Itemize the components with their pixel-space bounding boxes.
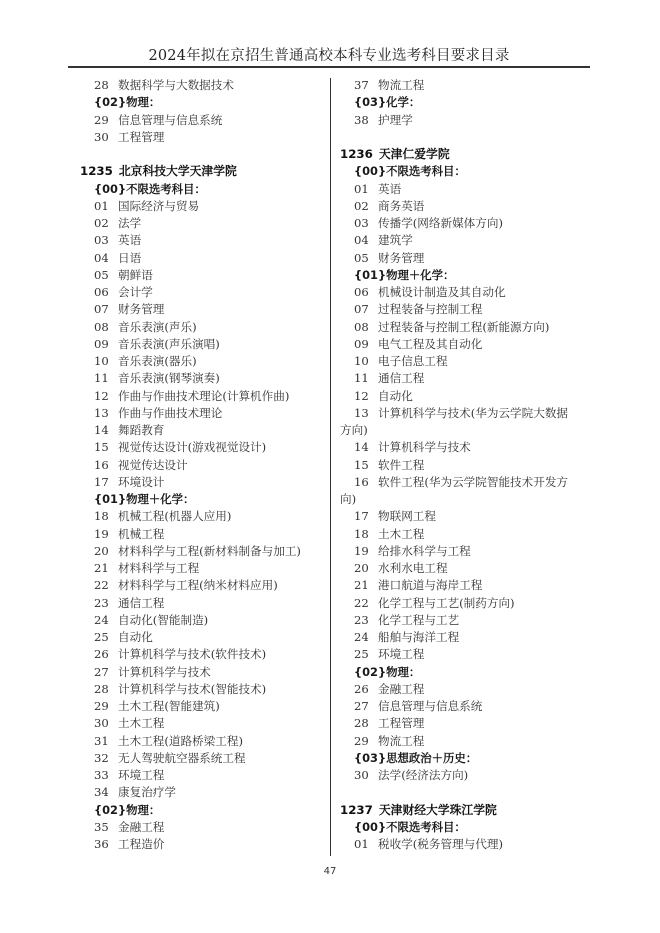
major-number: 21 bbox=[94, 560, 112, 577]
major-name: 国际经济与贸易 bbox=[118, 199, 199, 213]
major-name: 化学工程与工艺 bbox=[378, 613, 459, 627]
major-name: 法学 bbox=[118, 216, 141, 230]
major-item: 22化学工程与工艺(制药方向) bbox=[340, 595, 580, 612]
major-number: 06 bbox=[354, 284, 372, 301]
major-number: 18 bbox=[94, 508, 112, 525]
major-number: 26 bbox=[94, 646, 112, 663]
major-number: 32 bbox=[94, 750, 112, 767]
major-item: 05朝鲜语 bbox=[80, 267, 325, 284]
major-item: 17物联网工程 bbox=[340, 508, 580, 525]
subject-group-heading: {01}物理＋化学： bbox=[340, 267, 580, 284]
major-item: 19给排水科学与工程 bbox=[340, 543, 580, 560]
major-name: 信息管理与信息系统 bbox=[118, 113, 222, 127]
major-name: 自动化 bbox=[378, 389, 413, 403]
major-name: 日语 bbox=[118, 251, 141, 265]
major-item: 02法学 bbox=[80, 215, 325, 232]
major-item: 24船舶与海洋工程 bbox=[340, 629, 580, 646]
major-name: 康复治疗学 bbox=[118, 785, 176, 799]
major-number: 11 bbox=[354, 370, 372, 387]
subject-group-heading: {02}物理： bbox=[80, 802, 325, 819]
major-number: 08 bbox=[94, 319, 112, 336]
major-number: 16 bbox=[354, 474, 372, 491]
major-number: 23 bbox=[94, 595, 112, 612]
major-number: 38 bbox=[354, 112, 372, 129]
major-item: 27计算机科学与技术 bbox=[80, 664, 325, 681]
major-item: 04日语 bbox=[80, 250, 325, 267]
school-heading-1236: 1236天津仁爱学院 bbox=[340, 146, 580, 163]
subject-group-heading: {03}思想政治＋历史： bbox=[340, 750, 580, 767]
major-item: 14计算机科学与技术 bbox=[340, 439, 580, 456]
major-name: 机械工程 bbox=[118, 527, 164, 541]
major-name: 软件工程(华为云学院智能技术开发方 bbox=[378, 475, 568, 489]
major-number: 13 bbox=[354, 405, 372, 422]
major-item: 18机械工程(机器人应用) bbox=[80, 508, 325, 525]
major-item: 24自动化(智能制造) bbox=[80, 612, 325, 629]
major-item: 13作曲与作曲技术理论 bbox=[80, 405, 325, 422]
major-name: 税收学(税务管理与代理) bbox=[378, 837, 503, 851]
major-name: 土木工程 bbox=[118, 716, 164, 730]
major-number: 30 bbox=[94, 129, 112, 146]
major-name: 计算机科学与技术 bbox=[118, 665, 211, 679]
major-item: 18土木工程 bbox=[340, 526, 580, 543]
major-number: 28 bbox=[94, 77, 112, 94]
major-name: 化学工程与工艺(制药方向) bbox=[378, 596, 515, 610]
major-number: 29 bbox=[354, 733, 372, 750]
subject-group-heading: {00}不限选考科目： bbox=[340, 819, 580, 836]
major-item: 38护理学 bbox=[340, 112, 580, 129]
major-name: 物联网工程 bbox=[378, 509, 436, 523]
major-name: 土木工程(道路桥梁工程) bbox=[118, 734, 243, 748]
major-number: 27 bbox=[94, 664, 112, 681]
major-number: 09 bbox=[94, 336, 112, 353]
major-name: 工程管理 bbox=[118, 130, 164, 144]
major-item: 15软件工程 bbox=[340, 457, 580, 474]
major-number: 12 bbox=[354, 388, 372, 405]
major-item: 26计算机科学与技术(软件技术) bbox=[80, 646, 325, 663]
major-item: 37物流工程 bbox=[340, 77, 580, 94]
major-item: 11音乐表演(钢琴演奏) bbox=[80, 370, 325, 387]
major-item: 09音乐表演(声乐演唱) bbox=[80, 336, 325, 353]
major-name: 英语 bbox=[118, 233, 141, 247]
major-number: 33 bbox=[94, 767, 112, 784]
major-name: 计算机科学与技术(软件技术) bbox=[118, 647, 266, 661]
major-number: 01 bbox=[354, 181, 372, 198]
major-name: 传播学(网络新媒体方向) bbox=[378, 216, 503, 230]
major-name: 英语 bbox=[378, 182, 401, 196]
major-number: 27 bbox=[354, 698, 372, 715]
major-name: 自动化(智能制造) bbox=[118, 613, 208, 627]
major-item: 10音乐表演(器乐) bbox=[80, 353, 325, 370]
major-number: 10 bbox=[354, 353, 372, 370]
major-name: 通信工程 bbox=[378, 371, 424, 385]
major-number: 12 bbox=[94, 388, 112, 405]
major-name: 环境工程 bbox=[118, 768, 164, 782]
major-item: 01国际经济与贸易 bbox=[80, 198, 325, 215]
major-name: 物流工程 bbox=[378, 78, 424, 92]
major-number: 22 bbox=[94, 577, 112, 594]
major-item: 26金融工程 bbox=[340, 681, 580, 698]
major-number: 24 bbox=[354, 629, 372, 646]
major-name: 环境设计 bbox=[118, 475, 164, 489]
school-heading-1237: 1237天津财经大学珠江学院 bbox=[340, 802, 580, 819]
major-item: 23通信工程 bbox=[80, 595, 325, 612]
major-item: 01税收学(税务管理与代理) bbox=[340, 836, 580, 853]
major-number: 28 bbox=[94, 681, 112, 698]
major-name: 给排水科学与工程 bbox=[378, 544, 471, 558]
major-item: 30土木工程 bbox=[80, 715, 325, 732]
major-item: 07财务管理 bbox=[80, 301, 325, 318]
major-item: 01英语 bbox=[340, 181, 580, 198]
major-name: 护理学 bbox=[378, 113, 413, 127]
major-number: 20 bbox=[94, 543, 112, 560]
subject-group-heading: {01}物理＋化学： bbox=[80, 491, 325, 508]
major-name: 信息管理与信息系统 bbox=[378, 699, 482, 713]
major-item: 08过程装备与控制工程(新能源方向) bbox=[340, 319, 580, 336]
major-name: 法学(经济法方向) bbox=[378, 768, 468, 782]
major-item: 11通信工程 bbox=[340, 370, 580, 387]
major-number: 06 bbox=[94, 284, 112, 301]
major-item: 15视觉传达设计(游戏视觉设计) bbox=[80, 439, 325, 456]
right-column: 37物流工程 {03}化学： 38护理学 1236天津仁爱学院 {00}不限选考… bbox=[340, 77, 580, 853]
major-number: 20 bbox=[354, 560, 372, 577]
major-item: 31土木工程(道路桥梁工程) bbox=[80, 733, 325, 750]
major-item-wrapped: 13计算机科学与技术(华为云学院大数据 方向) bbox=[340, 405, 580, 440]
major-item: 16视觉传达设计 bbox=[80, 457, 325, 474]
major-item: 21港口航道与海岸工程 bbox=[340, 577, 580, 594]
major-item: 33环境工程 bbox=[80, 767, 325, 784]
school-name: 天津财经大学珠江学院 bbox=[379, 803, 497, 817]
major-item: 06机械设计制造及其自动化 bbox=[340, 284, 580, 301]
major-number: 04 bbox=[354, 232, 372, 249]
major-item: 20水利水电工程 bbox=[340, 560, 580, 577]
spacer bbox=[340, 129, 580, 146]
major-item: 28数据科学与大数据技术 bbox=[80, 77, 325, 94]
major-number: 05 bbox=[94, 267, 112, 284]
major-name: 土木工程(智能建筑) bbox=[118, 699, 220, 713]
school-name: 北京科技大学天津学院 bbox=[119, 164, 237, 178]
major-name: 电气工程及其自动化 bbox=[378, 337, 482, 351]
major-number: 02 bbox=[94, 215, 112, 232]
left-column: 28数据科学与大数据技术 {02}物理： 29信息管理与信息系统30工程管理 1… bbox=[80, 77, 325, 853]
major-name: 通信工程 bbox=[118, 596, 164, 610]
major-name: 机械设计制造及其自动化 bbox=[378, 285, 506, 299]
major-name: 过程装备与控制工程(新能源方向) bbox=[378, 320, 549, 334]
major-item: 07过程装备与控制工程 bbox=[340, 301, 580, 318]
major-item: 29信息管理与信息系统 bbox=[80, 112, 325, 129]
page-header-title: 2024年拟在京招生普通高校本科专业选考科目要求目录 bbox=[68, 44, 590, 65]
major-number: 09 bbox=[354, 336, 372, 353]
header-rule bbox=[68, 66, 590, 68]
major-name: 会计学 bbox=[118, 285, 153, 299]
major-item: 27信息管理与信息系统 bbox=[340, 698, 580, 715]
major-item: 32无人驾驶航空器系统工程 bbox=[80, 750, 325, 767]
major-item: 35金融工程 bbox=[80, 819, 325, 836]
major-item: 12作曲与作曲技术理论(计算机作曲) bbox=[80, 388, 325, 405]
major-number: 36 bbox=[94, 836, 112, 853]
school-heading-1235: 1235北京科技大学天津学院 bbox=[80, 163, 325, 180]
major-number: 34 bbox=[94, 784, 112, 801]
major-name: 过程装备与控制工程 bbox=[378, 302, 482, 316]
major-item: 06会计学 bbox=[80, 284, 325, 301]
major-name: 水利水电工程 bbox=[378, 561, 448, 575]
major-name: 视觉传达设计 bbox=[118, 458, 188, 472]
major-number: 22 bbox=[354, 595, 372, 612]
major-number: 03 bbox=[94, 232, 112, 249]
major-item: 36工程造价 bbox=[80, 836, 325, 853]
school-code: 1236 bbox=[340, 147, 373, 161]
major-item: 30法学(经济法方向) bbox=[340, 767, 580, 784]
major-name: 音乐表演(声乐) bbox=[118, 320, 197, 334]
major-name: 朝鲜语 bbox=[118, 268, 153, 282]
major-number: 01 bbox=[94, 198, 112, 215]
major-number: 10 bbox=[94, 353, 112, 370]
major-name: 数据科学与大数据技术 bbox=[118, 78, 234, 92]
major-name-continued: 向) bbox=[340, 491, 580, 508]
major-item: 03英语 bbox=[80, 232, 325, 249]
major-number: 30 bbox=[94, 715, 112, 732]
major-name: 机械工程(机器人应用) bbox=[118, 509, 231, 523]
subject-group-heading: {02}物理： bbox=[340, 664, 580, 681]
major-number: 16 bbox=[94, 457, 112, 474]
major-item: 05财务管理 bbox=[340, 250, 580, 267]
major-number: 02 bbox=[354, 198, 372, 215]
major-name: 计算机科学与技术(华为云学院大数据 bbox=[378, 406, 568, 420]
subject-group-heading: {00}不限选考科目： bbox=[340, 163, 580, 180]
major-name-continued: 方向) bbox=[340, 422, 580, 439]
major-number: 11 bbox=[94, 370, 112, 387]
spacer bbox=[80, 146, 325, 163]
school-code: 1235 bbox=[80, 164, 113, 178]
major-name: 舞蹈教育 bbox=[118, 423, 164, 437]
major-item: 29物流工程 bbox=[340, 733, 580, 750]
major-item: 14舞蹈教育 bbox=[80, 422, 325, 439]
major-item: 30工程管理 bbox=[80, 129, 325, 146]
major-item: 10电子信息工程 bbox=[340, 353, 580, 370]
major-item: 25环境工程 bbox=[340, 646, 580, 663]
school-code: 1237 bbox=[340, 803, 373, 817]
major-name: 材料科学与工程 bbox=[118, 561, 199, 575]
major-name: 船舶与海洋工程 bbox=[378, 630, 459, 644]
major-number: 03 bbox=[354, 215, 372, 232]
major-number: 35 bbox=[94, 819, 112, 836]
major-item-wrapped: 16软件工程(华为云学院智能技术开发方 向) bbox=[340, 474, 580, 509]
major-number: 05 bbox=[354, 250, 372, 267]
major-number: 30 bbox=[354, 767, 372, 784]
major-number: 18 bbox=[354, 526, 372, 543]
major-number: 24 bbox=[94, 612, 112, 629]
major-name: 土木工程 bbox=[378, 527, 424, 541]
major-number: 37 bbox=[354, 77, 372, 94]
major-name: 电子信息工程 bbox=[378, 354, 448, 368]
major-name: 作曲与作曲技术理论 bbox=[118, 406, 222, 420]
major-name: 工程造价 bbox=[118, 837, 164, 851]
major-number: 14 bbox=[354, 439, 372, 456]
major-name: 材料科学与工程(新材料制备与加工) bbox=[118, 544, 301, 558]
major-name: 音乐表演(声乐演唱) bbox=[118, 337, 220, 351]
major-item: 29土木工程(智能建筑) bbox=[80, 698, 325, 715]
major-item: 28工程管理 bbox=[340, 715, 580, 732]
major-number: 15 bbox=[354, 457, 372, 474]
major-item: 19机械工程 bbox=[80, 526, 325, 543]
major-item: 25自动化 bbox=[80, 629, 325, 646]
subject-group-heading: {00}不限选考科目： bbox=[80, 181, 325, 198]
major-item: 12自动化 bbox=[340, 388, 580, 405]
major-item: 04建筑学 bbox=[340, 232, 580, 249]
major-number: 28 bbox=[354, 715, 372, 732]
major-number: 23 bbox=[354, 612, 372, 629]
major-name: 商务英语 bbox=[378, 199, 424, 213]
major-item: 20材料科学与工程(新材料制备与加工) bbox=[80, 543, 325, 560]
major-item: 21材料科学与工程 bbox=[80, 560, 325, 577]
major-number: 07 bbox=[94, 301, 112, 318]
major-number: 15 bbox=[94, 439, 112, 456]
major-item: 34康复治疗学 bbox=[80, 784, 325, 801]
major-number: 25 bbox=[354, 646, 372, 663]
major-number: 19 bbox=[94, 526, 112, 543]
major-item: 03传播学(网络新媒体方向) bbox=[340, 215, 580, 232]
major-name: 财务管理 bbox=[118, 302, 164, 316]
major-number: 19 bbox=[354, 543, 372, 560]
major-name: 工程管理 bbox=[378, 716, 424, 730]
major-number: 14 bbox=[94, 422, 112, 439]
major-number: 17 bbox=[354, 508, 372, 525]
major-name: 作曲与作曲技术理论(计算机作曲) bbox=[118, 389, 289, 403]
major-name: 金融工程 bbox=[118, 820, 164, 834]
major-name: 环境工程 bbox=[378, 647, 424, 661]
major-name: 物流工程 bbox=[378, 734, 424, 748]
major-number: 17 bbox=[94, 474, 112, 491]
major-number: 07 bbox=[354, 301, 372, 318]
major-item: 09电气工程及其自动化 bbox=[340, 336, 580, 353]
major-number: 08 bbox=[354, 319, 372, 336]
major-item: 02商务英语 bbox=[340, 198, 580, 215]
major-number: 04 bbox=[94, 250, 112, 267]
major-name: 计算机科学与技术(智能技术) bbox=[118, 682, 266, 696]
major-name: 金融工程 bbox=[378, 682, 424, 696]
major-name: 软件工程 bbox=[378, 458, 424, 472]
major-name: 自动化 bbox=[118, 630, 153, 644]
major-number: 26 bbox=[354, 681, 372, 698]
major-name: 计算机科学与技术 bbox=[378, 440, 471, 454]
major-number: 01 bbox=[354, 836, 372, 853]
major-number: 13 bbox=[94, 405, 112, 422]
major-number: 25 bbox=[94, 629, 112, 646]
major-name: 建筑学 bbox=[378, 233, 413, 247]
major-name: 无人驾驶航空器系统工程 bbox=[118, 751, 246, 765]
major-number: 29 bbox=[94, 112, 112, 129]
major-number: 21 bbox=[354, 577, 372, 594]
subject-group-heading: {03}化学： bbox=[340, 94, 580, 111]
major-item: 28计算机科学与技术(智能技术) bbox=[80, 681, 325, 698]
major-name: 音乐表演(器乐) bbox=[118, 354, 197, 368]
major-item: 08音乐表演(声乐) bbox=[80, 319, 325, 336]
major-number: 29 bbox=[94, 698, 112, 715]
subject-group-heading: {02}物理： bbox=[80, 94, 325, 111]
page-number: 47 bbox=[0, 866, 660, 877]
column-divider bbox=[330, 78, 331, 856]
major-name: 材料科学与工程(纳米材料应用) bbox=[118, 578, 278, 592]
major-item: 22材料科学与工程(纳米材料应用) bbox=[80, 577, 325, 594]
major-name: 音乐表演(钢琴演奏) bbox=[118, 371, 220, 385]
major-number: 31 bbox=[94, 733, 112, 750]
major-item: 17环境设计 bbox=[80, 474, 325, 491]
spacer bbox=[340, 784, 580, 801]
major-name: 财务管理 bbox=[378, 251, 424, 265]
school-name: 天津仁爱学院 bbox=[379, 147, 450, 161]
major-name: 港口航道与海岸工程 bbox=[378, 578, 482, 592]
major-item: 23化学工程与工艺 bbox=[340, 612, 580, 629]
major-name: 视觉传达设计(游戏视觉设计) bbox=[118, 440, 266, 454]
